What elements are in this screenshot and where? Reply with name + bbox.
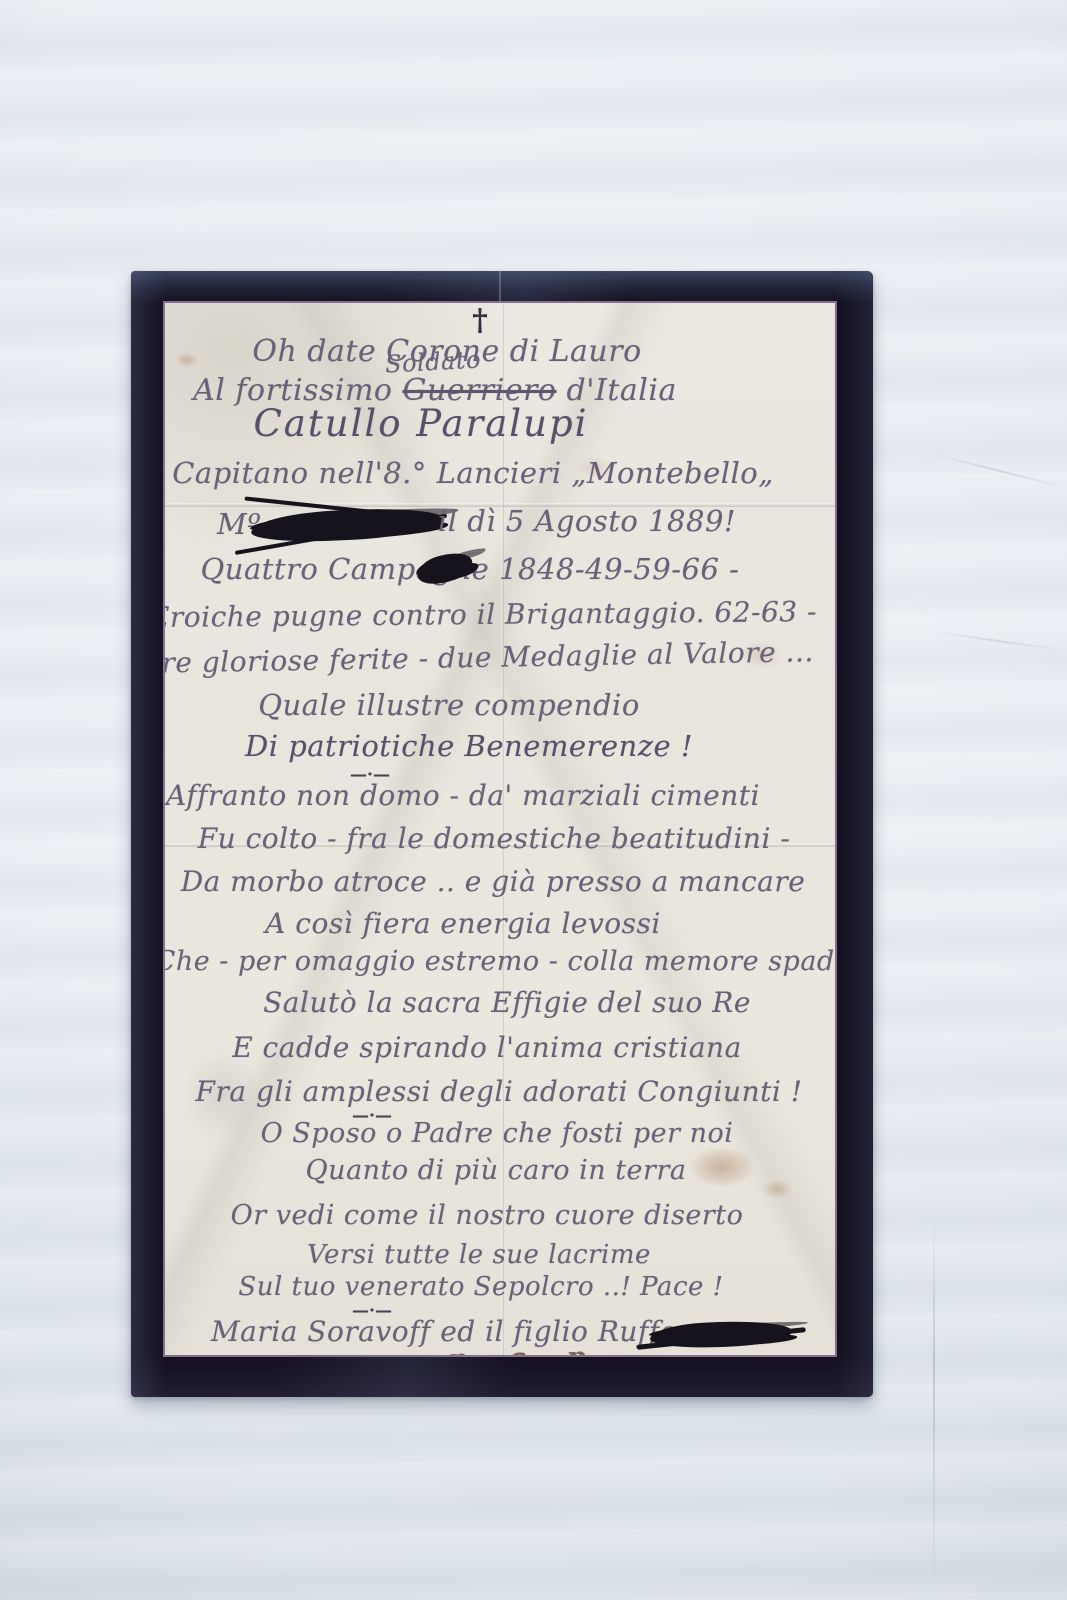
verse-line: O Sposo o Padre che fosti per noi — [261, 1118, 734, 1149]
verse-line: Sul tuo venerato Sepolcro ..! Pace ! — [238, 1272, 723, 1302]
photo-background: † Oh date Corone di Lauro Soldato Al for… — [0, 0, 1067, 1600]
verse-line: Or vedi come il nostro cuore diserto — [231, 1200, 744, 1231]
verse-line: Affranto non domo - da' marziali cimenti — [166, 779, 760, 812]
background-crease — [933, 1210, 935, 1600]
card-paper: † Oh date Corone di Lauro Soldato Al for… — [163, 301, 837, 1357]
cross-symbol: † — [472, 303, 488, 338]
compendium-line-1: Quale illustre compendio — [258, 688, 640, 722]
rank-line: Capitano nell'8.° Lancieri „Montebello„ — [172, 456, 774, 490]
verse-line: Salutò la sacra Effigie del suo Re — [263, 986, 751, 1019]
death-date: il dì 5 Agosto 1889! — [438, 504, 736, 538]
deceased-name: Catullo Paralupi — [254, 402, 589, 445]
memorial-card: † Oh date Corone di Lauro Soldato Al for… — [131, 271, 873, 1397]
redaction-scratch — [244, 496, 433, 520]
verse-line: Che - per omaggio estremo - colla memore… — [163, 946, 837, 977]
redaction-scratch — [235, 514, 447, 555]
verse-line: E cadde spirando l'anima cristiana — [232, 1031, 742, 1064]
pencil-marks: p q p — [448, 1342, 586, 1357]
verse-line: A così fiera energia levossi — [265, 907, 661, 940]
redaction-scratch — [636, 1327, 806, 1350]
verse-line: Versi tutte le sue lacrime — [307, 1240, 651, 1270]
redaction-mark — [250, 505, 443, 545]
verse-line: Fu colto - fra le domestiche beatitudini… — [198, 822, 791, 855]
verse-line: Da morbo atroce .. e già presso a mancar… — [181, 865, 806, 898]
battles-line: Eroiche pugne contro il Brigantaggio. 62… — [163, 595, 817, 634]
compendium-line-2: Di patriotiche Benemerenze ! — [245, 729, 693, 763]
background-crease — [932, 453, 1067, 489]
verse-line: Quanto di più caro in terra — [306, 1155, 687, 1186]
wounds-line: Tre gloriose ferite - due Medaglie al Va… — [163, 635, 814, 680]
background-crease — [929, 630, 1067, 651]
frame-crack — [499, 271, 501, 301]
signature-line: Maria Soravoff ed il figlio Ruffo — [211, 1315, 677, 1348]
verse-line: Fra gli amplessi degli adorati Congiunti… — [196, 1075, 803, 1108]
